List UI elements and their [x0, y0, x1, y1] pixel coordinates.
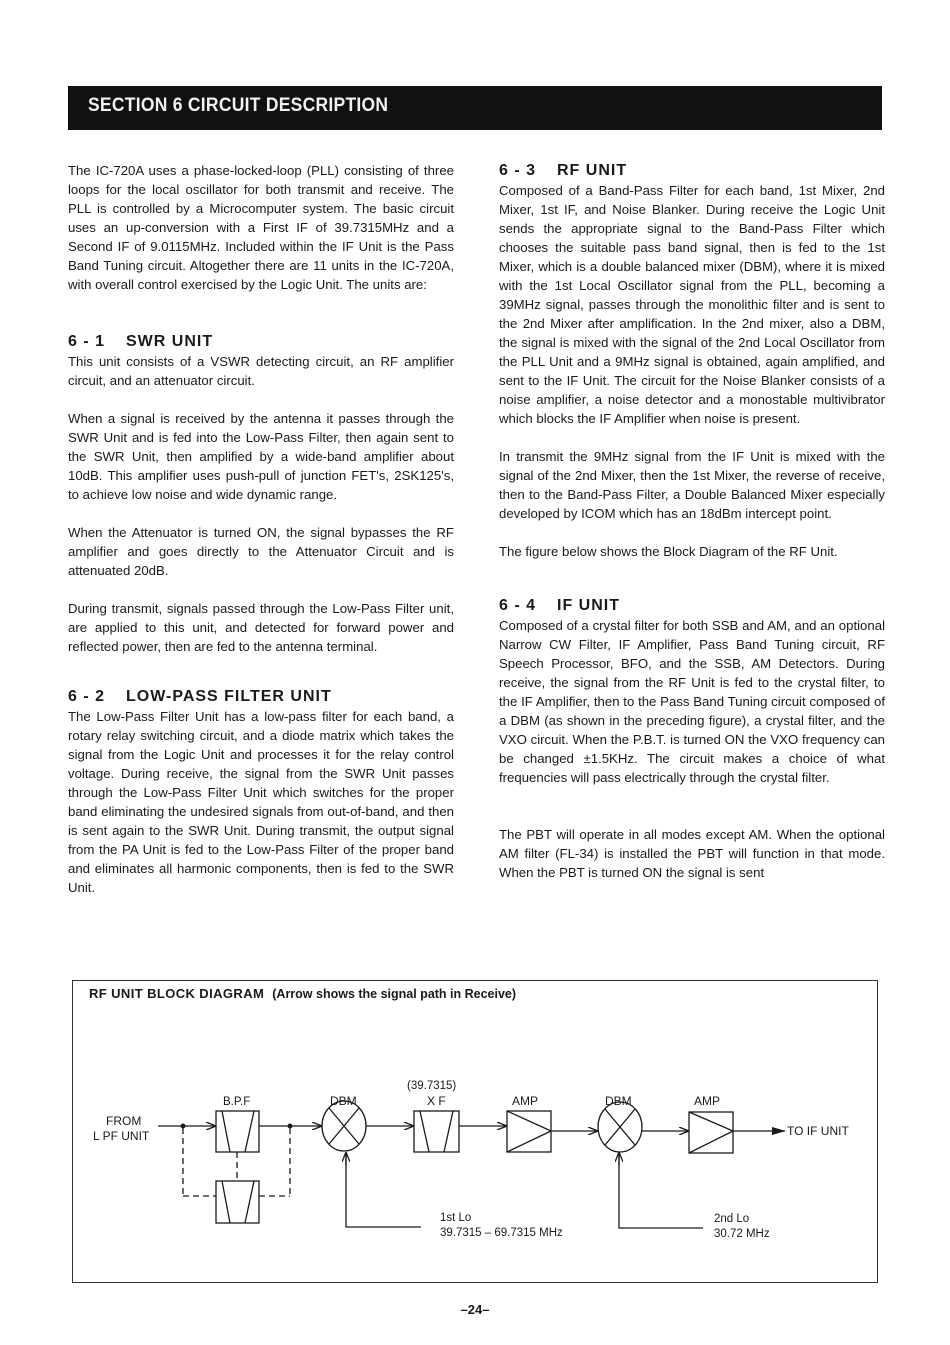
section-6-3-paragraph: The figure below shows the Block Diagram… — [499, 542, 885, 561]
section-6-3-paragraph: Composed of a Band-Pass Filter for each … — [499, 181, 885, 428]
xf-frequency-label: (39.7315) — [407, 1080, 456, 1092]
output-label: TO IF UNIT — [787, 1124, 849, 1138]
bpf-block-icon — [216, 1111, 259, 1152]
rf-unit-block-diagram: RF UNIT BLOCK DIAGRAM (Arrow shows the s… — [72, 980, 878, 1283]
section-6-4-paragraph: The PBT will operate in all modes except… — [499, 825, 885, 882]
section-title: IF UNIT — [557, 597, 620, 614]
section-number: 6 - 2 — [68, 687, 126, 707]
section-number: 6 - 1 — [68, 332, 126, 352]
section-6-1-paragraph: During transmit, signals passed through … — [68, 599, 454, 656]
input-label-lpf-unit: L PF UNIT — [93, 1129, 150, 1143]
diagram-canvas: FROM L PF UNIT B.P.F DBM (39.7315) X F A… — [73, 981, 879, 1284]
page-number: –24– — [0, 1302, 950, 1317]
left-column: The IC-720A uses a phase-locked-loop (PL… — [68, 161, 454, 916]
xf-crystal-filter-icon — [414, 1111, 459, 1152]
bpf-label: B.P.F — [223, 1096, 250, 1108]
section-6-1-heading: 6 - 1SWR UNIT — [68, 332, 454, 352]
amp-1-label: AMP — [512, 1094, 538, 1108]
bpf-alt-block-icon — [216, 1181, 259, 1223]
section-number: 6 - 4 — [499, 596, 557, 616]
lo-1-frequency: 39.7315 – 69.7315 MHz — [440, 1227, 563, 1239]
xf-label: X F — [427, 1094, 446, 1108]
dbm-1-mixer-icon — [322, 1101, 366, 1151]
section-title: RF UNIT — [557, 162, 627, 179]
section-6-1-paragraph: This unit consists of a VSWR detecting c… — [68, 352, 454, 390]
section-title: LOW-PASS FILTER UNIT — [126, 688, 332, 705]
section-6-1-paragraph: When a signal is received by the antenna… — [68, 409, 454, 504]
amp-1-amplifier-icon — [507, 1111, 551, 1152]
dbm-1-label: DBM — [330, 1094, 357, 1108]
lo-2-frequency: 30.72 MHz — [714, 1228, 770, 1240]
lo-1-label: 1st Lo — [440, 1212, 471, 1224]
section-title: SWR UNIT — [126, 333, 213, 350]
section-6-4-heading: 6 - 4IF UNIT — [499, 596, 885, 616]
section-6-2-paragraph: The Low-Pass Filter Unit has a low-pass … — [68, 707, 454, 897]
amp-2-amplifier-icon — [689, 1112, 733, 1153]
section-header-bar: SECTION 6 CIRCUIT DESCRIPTION — [68, 86, 882, 130]
right-column: 6 - 3RF UNIT Composed of a Band-Pass Fil… — [499, 161, 885, 901]
dbm-2-label: DBM — [605, 1094, 632, 1108]
section-6-2-heading: 6 - 2LOW-PASS FILTER UNIT — [68, 687, 454, 707]
dbm-2-mixer-icon — [598, 1102, 642, 1152]
intro-paragraph: The IC-720A uses a phase-locked-loop (PL… — [68, 161, 454, 294]
section-6-3-paragraph: In transmit the 9MHz signal from the IF … — [499, 447, 885, 523]
section-6-3-heading: 6 - 3RF UNIT — [499, 161, 885, 181]
amp-2-label: AMP — [694, 1094, 720, 1108]
section-6-4-paragraph: Composed of a crystal filter for both SS… — [499, 616, 885, 787]
section-title: SECTION 6 CIRCUIT DESCRIPTION — [88, 95, 388, 117]
input-label-from: FROM — [106, 1114, 141, 1128]
section-number: 6 - 3 — [499, 161, 557, 181]
section-6-1-paragraph: When the Attenuator is turned ON, the si… — [68, 523, 454, 580]
lo-2-label: 2nd Lo — [714, 1213, 749, 1225]
